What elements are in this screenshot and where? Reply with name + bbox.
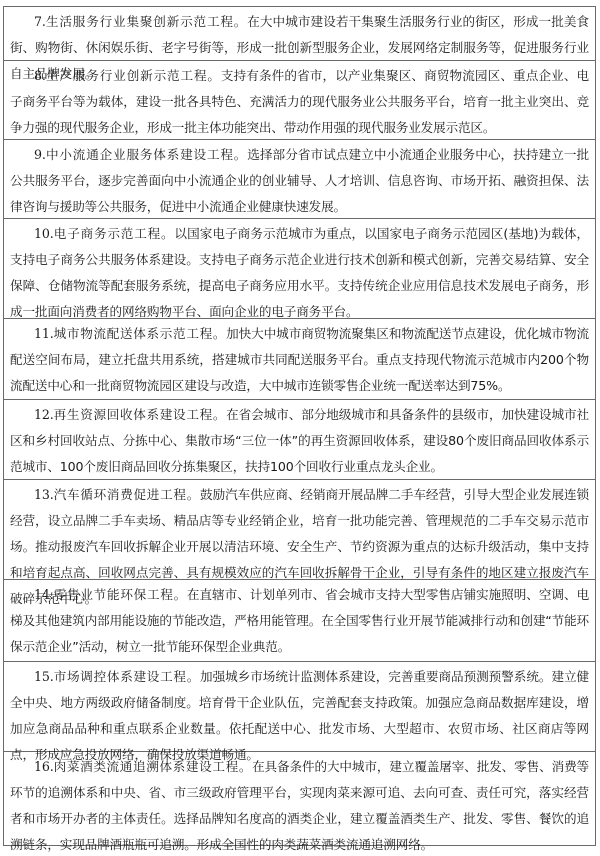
project-item-9: 9.中小流通企业服务体系建设工程。选择部分省市试点建立中小流通企业服务中心，扶持… — [4, 139, 595, 218]
item-title: 零售业节能环保工程。 — [54, 587, 187, 602]
item-number: 10. — [10, 226, 54, 241]
project-item-8: 8.生产服务行业创新示范工程。支持有条件的省市，以产业集聚区、商贸物流园区、重点… — [4, 60, 595, 139]
item-number: 16. — [10, 759, 54, 774]
item-title: 市场调控体系建设工程。 — [54, 669, 200, 684]
item-number: 12. — [10, 407, 54, 422]
project-item-12: 12.再生资源回收体系建设工程。在省会城市、部分地级城市和具备条件的县级市，加快… — [4, 399, 595, 479]
item-number: 8. — [10, 68, 46, 83]
item-number: 13. — [10, 487, 54, 502]
project-item-11: 11.城市物流配送体系示范工程。加快大中城市商贸物流聚集区和物流配送节点建设，优… — [4, 318, 595, 399]
item-title: 中小流通企业服务体系建设工程。 — [46, 147, 247, 162]
project-item-16: 16.肉菜酒类流通追溯体系建设工程。在具备条件的大中城市，建立覆盖屠宰、批发、零… — [4, 751, 595, 845]
projects-table: 7.生活服务行业集聚创新示范工程。在大中城市建设若干集聚生活服务行业的街区，形成… — [3, 6, 596, 846]
item-title: 生产服务行业创新示范工程。 — [46, 68, 221, 83]
item-title: 电子商务示范工程。 — [54, 226, 175, 241]
project-item-13: 13.汽车循环消费促进工程。鼓励汽车供应商、经销商开展品牌二手车经营，引导大型企… — [4, 479, 595, 579]
item-number: 9. — [10, 147, 46, 162]
item-title: 城市物流配送体系示范工程。 — [54, 326, 227, 341]
item-number: 7. — [10, 14, 46, 29]
item-number: 11. — [10, 326, 54, 341]
item-title: 肉菜酒类流通追溯体系建设工程。 — [54, 759, 252, 774]
item-title: 汽车循环消费促进工程。 — [54, 487, 200, 502]
item-number: 14. — [10, 587, 54, 602]
project-item-7: 7.生活服务行业集聚创新示范工程。在大中城市建设若干集聚生活服务行业的街区，形成… — [4, 7, 595, 60]
project-item-14: 14.零售业节能环保工程。在直辖市、计划单列市、省会城市支持大型零售店铺实施照明… — [4, 579, 595, 661]
project-item-10: 10.电子商务示范工程。以国家电子商务示范城市为重点，以国家电子商务示范园区(基… — [4, 218, 595, 318]
item-number: 15. — [10, 669, 54, 684]
item-title: 生活服务行业集聚创新示范工程。 — [46, 14, 247, 29]
item-title: 再生资源回收体系建设工程。 — [54, 407, 227, 422]
project-item-15: 15.市场调控体系建设工程。加强城乡市场统计监测体系建设，完善重要商品预测预警系… — [4, 661, 595, 751]
